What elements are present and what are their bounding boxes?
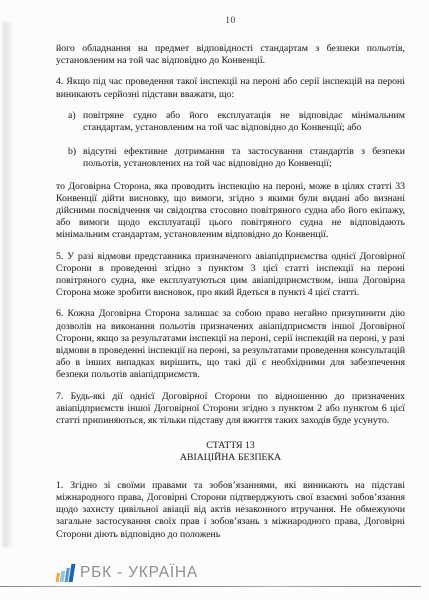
document-body: його обладнання на предмет відповідності… <box>56 43 405 541</box>
page-number: 10 <box>56 16 405 26</box>
article-heading-title: АВІАЦІЙНА БЕЗПЕКА <box>56 452 405 464</box>
list-item-a-text: повітряне судно або його експлуатація не… <box>83 110 405 134</box>
article-heading: СТАТТЯ 13 АВІАЦІЙНА БЕЗПЕКА <box>56 440 405 464</box>
paragraph-5: 5. У разі відмови представника призначен… <box>56 251 405 300</box>
list-item-b-text: відсутні ефективне дотримання та застосу… <box>83 146 405 170</box>
list-marker-a: a) <box>68 110 83 134</box>
article-heading-number: СТАТТЯ 13 <box>56 440 405 452</box>
scanned-document-page: 10 його обладнання на предмет відповідно… <box>0 0 429 600</box>
logo-bar-dark-blue <box>69 564 75 582</box>
scan-edge-shadow <box>3 22 14 547</box>
list-item-b: b) відсутні ефективне дотримання та заст… <box>68 146 405 170</box>
sub-item-list: a) повітряне судно або його експлуатація… <box>68 110 405 171</box>
intro-paragraph: його обладнання на предмет відповідності… <box>56 43 405 67</box>
paragraph-6: 6. Кожна Договірна Сторона залишає за со… <box>56 308 405 381</box>
watermark-text: РБК - УКРАЇНА <box>80 564 198 582</box>
paragraph-4: 4. Якщо під час проведення такої інспекц… <box>56 76 405 100</box>
conclusion-paragraph: то Договірна Сторона, яка проводить інсп… <box>56 181 405 242</box>
list-marker-b: b) <box>68 146 83 170</box>
rbc-ukraine-watermark: РБК - УКРАЇНА <box>57 564 204 582</box>
rbc-logo-icon <box>56 564 77 582</box>
paragraph-1: 1. Згідно зі своїми правами та зобов’яза… <box>56 480 405 541</box>
page-content: 10 його обладнання на предмет відповідно… <box>56 16 405 550</box>
scan-bottom-line <box>0 586 421 587</box>
list-item-a: a) повітряне судно або його експлуатація… <box>68 110 405 134</box>
paragraph-7: 7. Будь-які дії однієї Договірної Сторон… <box>56 391 405 428</box>
